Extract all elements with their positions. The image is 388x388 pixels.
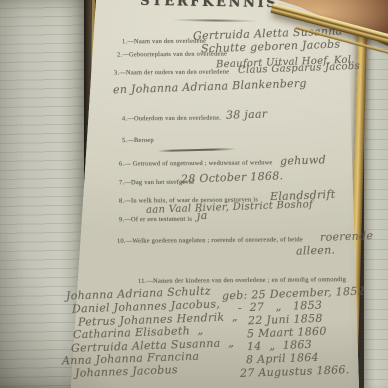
field-value-7: 28 October 1868. (181, 169, 284, 186)
field-label-2: 2.—Geboorteplaats van den overledene (117, 51, 227, 59)
field-label-4: 4.—Ouderdom van den overledene. (122, 115, 221, 123)
field-value-9: ja (197, 209, 208, 222)
field-label-3: 3.—Naam der ouders van den overledene (114, 68, 229, 76)
children-heading: 11.—Namen der kinderen van den overleden… (138, 276, 346, 285)
field-label-6: 6.— Getrouwd of ongetrouwd ; weduwnaar o… (119, 159, 273, 167)
child-date-7: 27 Augustus 1866. (240, 363, 350, 380)
field-value-10: roerende (320, 229, 374, 244)
field-label-5: 5.—Beroep (122, 137, 154, 144)
beroep-blank-line (158, 148, 236, 152)
child-row: Johannes Jacobus 27 Augustus 1866. (0, 365, 388, 378)
field-label-9: 9.—Of er een testament is (119, 216, 192, 224)
page-title: STERFKENNIS. (140, 0, 285, 11)
field-value-4: 38 jaar (226, 107, 268, 121)
field-value-6: gehuwd (280, 153, 326, 168)
title-flourish (173, 18, 257, 22)
field-value-10-line2: alleen. (296, 243, 336, 257)
child-name-7: Johannes Jacobus (75, 363, 178, 380)
photo-of-death-notice: STERFKENNIS. 1.—Naam van den overledene … (0, 0, 388, 388)
field-label-10: 10.—Welke goederen nagelaten ; roerende … (117, 236, 303, 245)
field-value-3-line2: en Johanna Adriana Blankenberg (113, 77, 307, 97)
death-notice-content: STERFKENNIS. 1.—Naam van den overledene … (0, 0, 388, 388)
